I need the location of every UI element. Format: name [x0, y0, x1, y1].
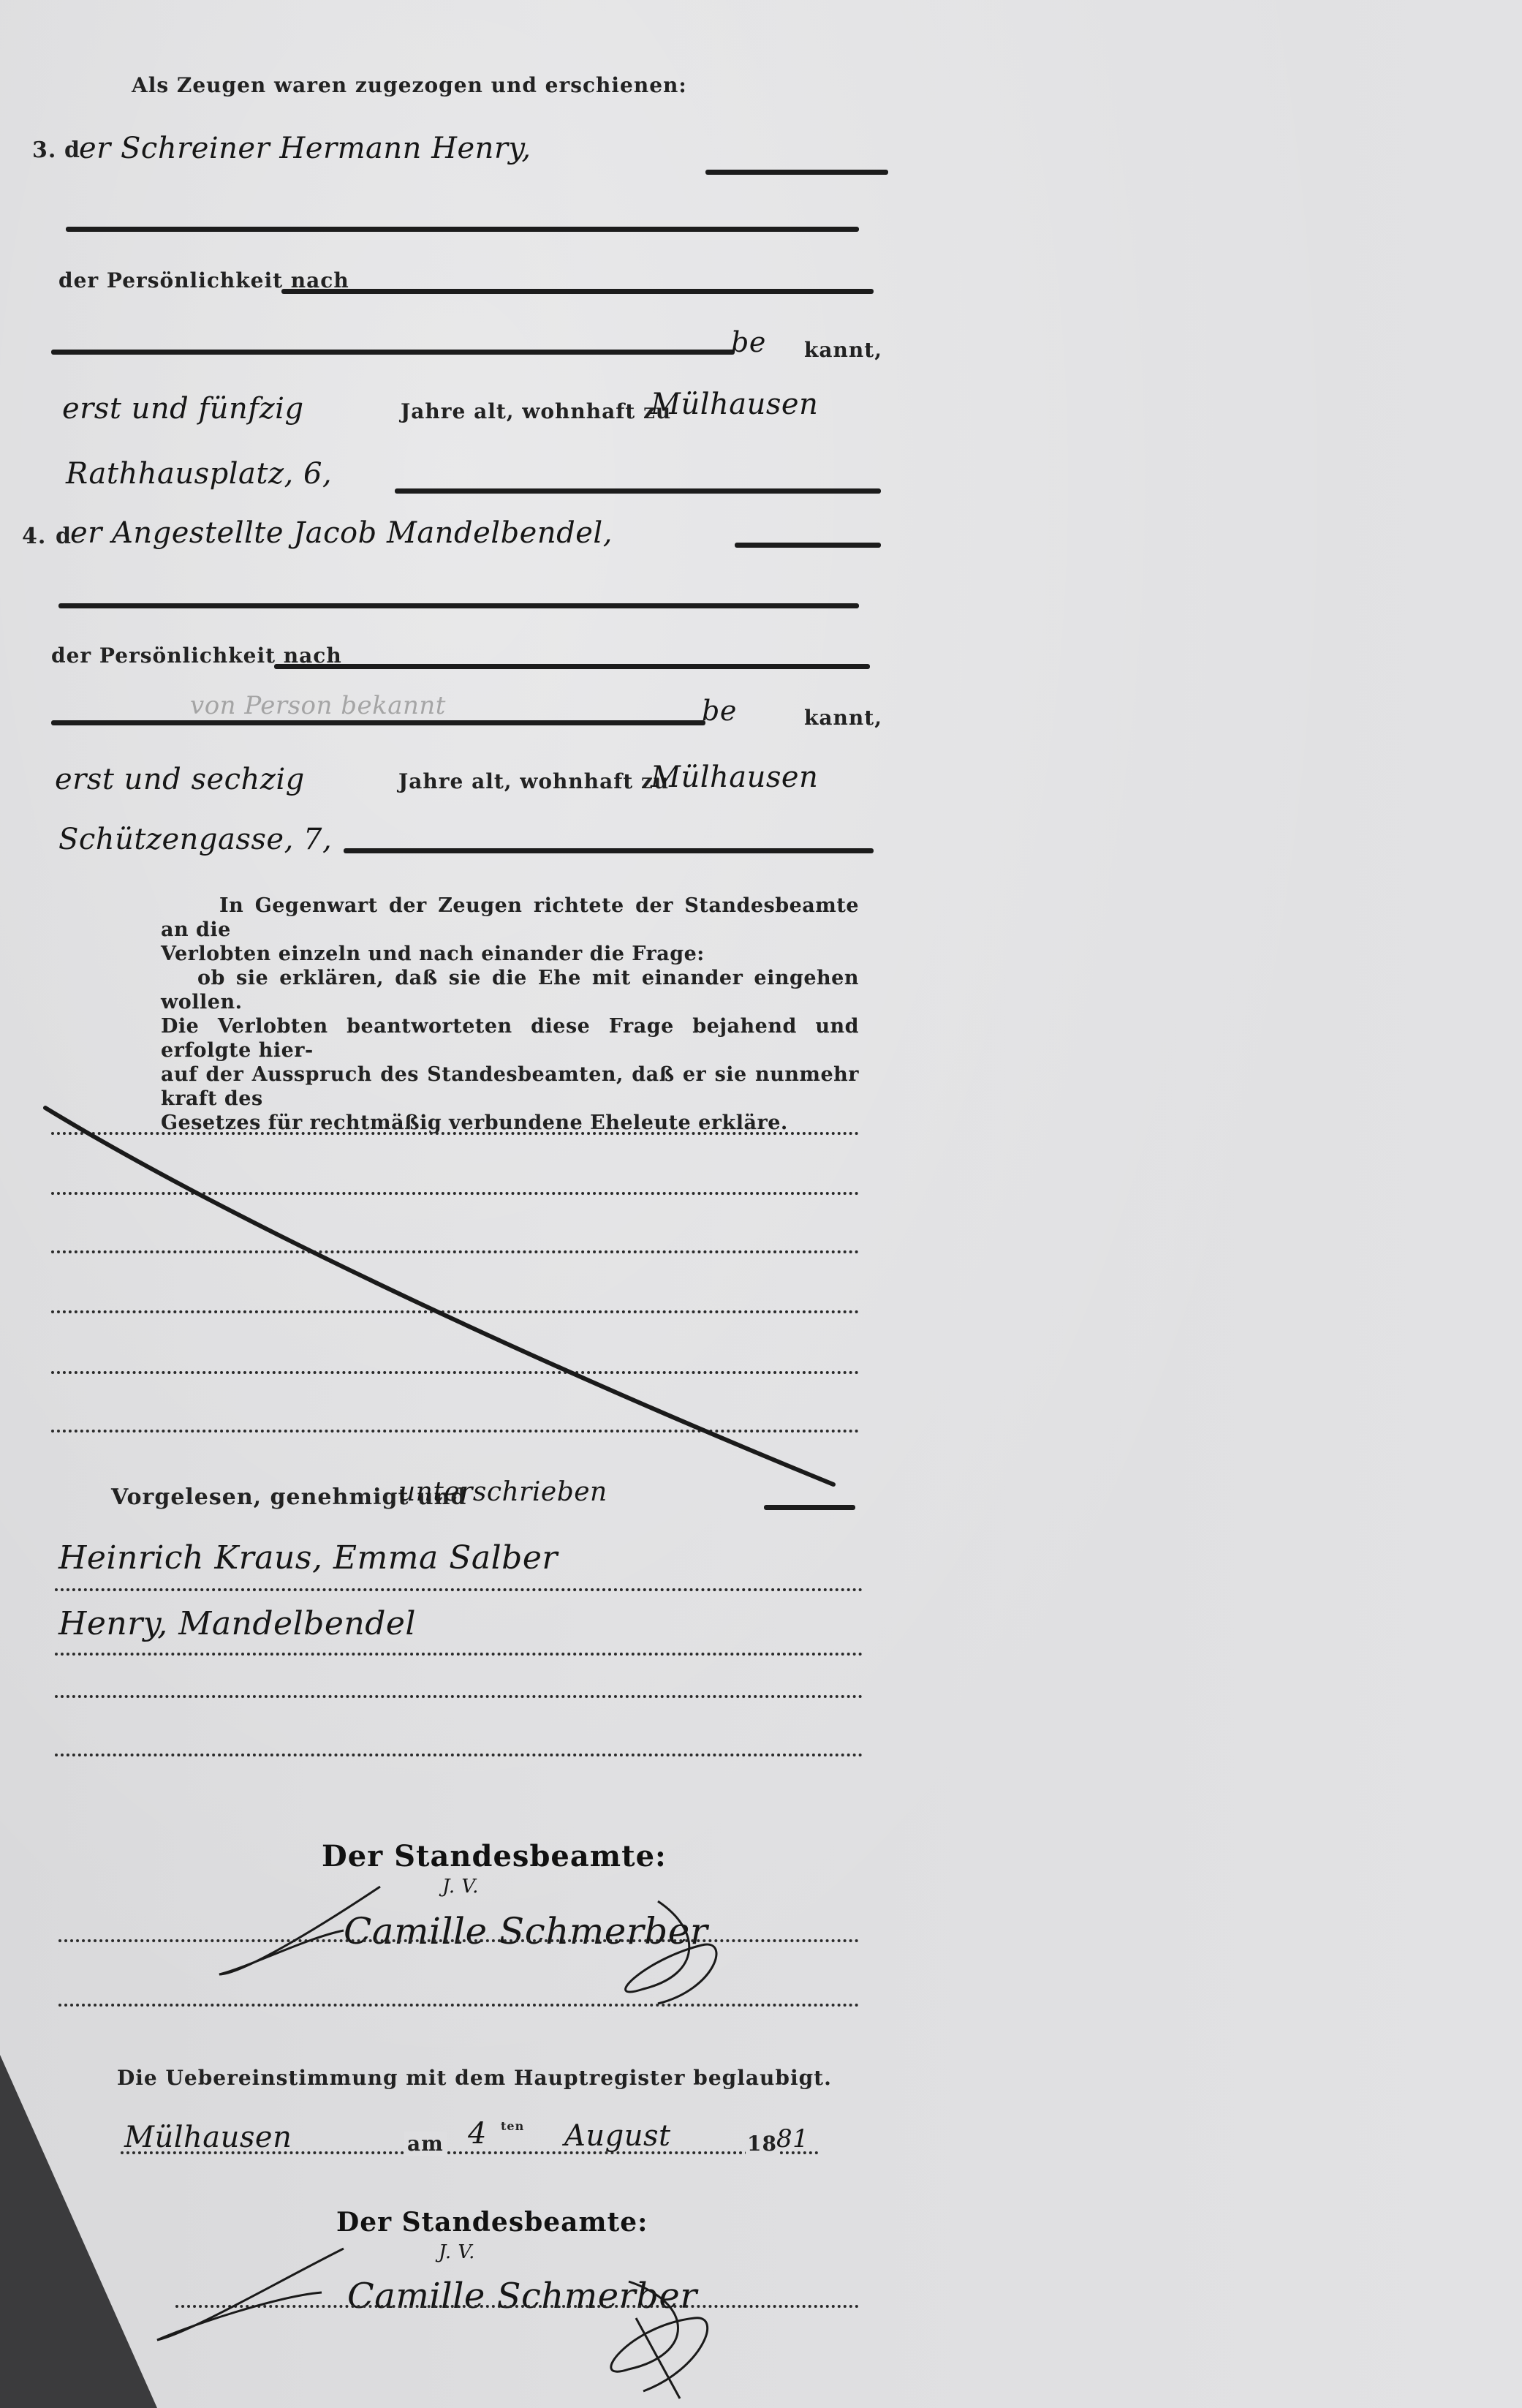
signature-flourish-2 [0, 0, 1522, 2408]
